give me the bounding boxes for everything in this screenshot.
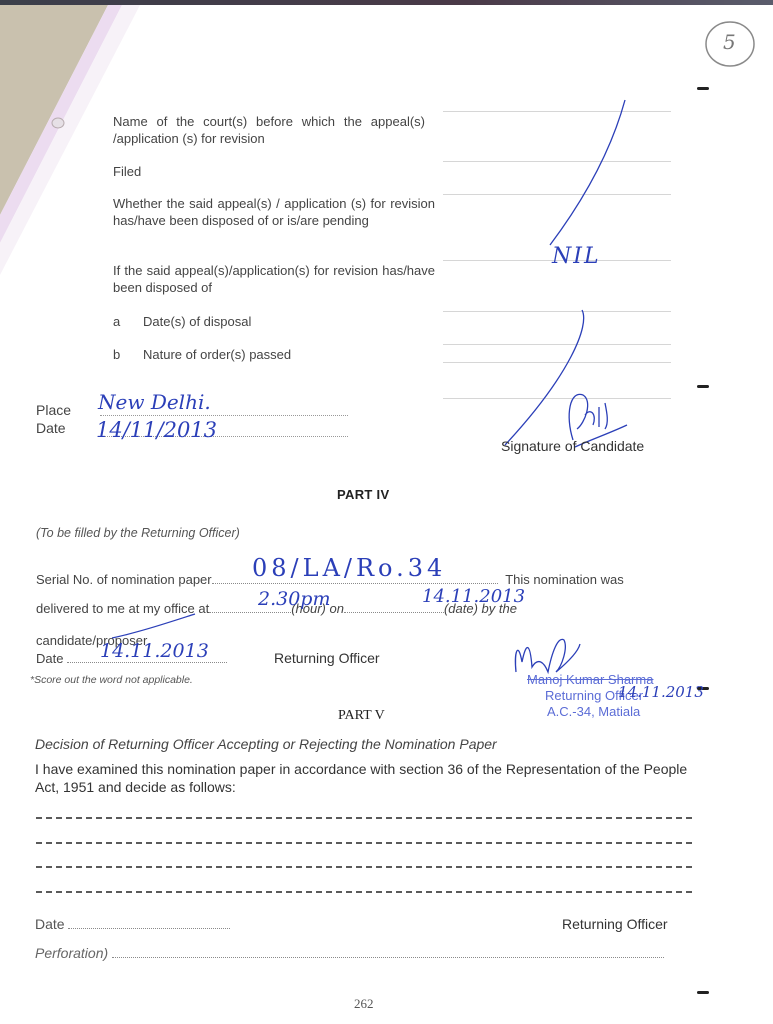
question-if-disposed: If the said appeal(s)/application(s) for… (113, 262, 435, 296)
stamp-constituency: A.C.-34, Matiala (527, 704, 687, 720)
margin-tick (697, 87, 709, 90)
question-filed: Filed (113, 163, 141, 180)
margin-tick (697, 385, 709, 388)
decision-line[interactable] (36, 891, 692, 893)
footnote: *Score out the word not applicable. (30, 672, 193, 689)
ro-date-value: 14.11.2013 (100, 640, 209, 662)
place-value: New Delhi. (98, 390, 211, 414)
place-dotted-line (100, 415, 348, 416)
date-dotted-line (344, 612, 444, 613)
margin-tick (697, 991, 709, 994)
hour-dotted-line (209, 612, 291, 613)
handwritten-nil: NIL (552, 244, 601, 269)
serial-dotted-line (212, 583, 498, 584)
part4-subtitle: (To be filled by the Returning Officer) (36, 525, 240, 542)
perforation-row: Perforation) (35, 945, 664, 962)
proposer-strike (110, 612, 200, 642)
sub-item-a: aDate(s) of disposal (113, 313, 251, 330)
serial-value: 08/LA/Ro.34 (252, 554, 446, 582)
part5-subtitle: Decision of Returning Officer Accepting … (35, 736, 497, 753)
signature-label: Signature of Candidate (501, 438, 644, 455)
perforation-label: Perforation) (35, 945, 108, 961)
perforation-dotted-line (112, 957, 664, 958)
serial-label: Serial No. of nomination paper (36, 572, 212, 587)
date-label: Date (36, 420, 66, 437)
hour-value: 2.30pm (258, 588, 330, 610)
decision-line[interactable] (36, 842, 692, 844)
question-disposed-or-pending: Whether the said appeal(s) / application… (113, 195, 435, 229)
place-label: Place (36, 402, 71, 419)
page-marker-circle: 5 (704, 18, 756, 70)
delivered-date-value: 14.11.2013 (422, 586, 525, 607)
ro-date-label: Date (36, 651, 63, 666)
date-value: 14/11/2013 (96, 418, 217, 442)
ro-label: Returning Officer (274, 650, 380, 667)
part5-body: I have examined this nomination paper in… (35, 760, 705, 796)
sub-item-marker: b (113, 346, 143, 363)
part5-date-row: Date (35, 916, 230, 933)
page-marker-text: 5 (723, 30, 736, 54)
decision-line[interactable] (36, 817, 692, 819)
sub-item-marker: a (113, 313, 143, 330)
decision-line[interactable] (36, 866, 692, 868)
part5-ro-label: Returning Officer (562, 916, 668, 933)
page-fold-edge (0, 5, 773, 1024)
serial-tail: This nomination was (505, 572, 624, 587)
stamp-handwritten-date: 14.11.2013 (618, 683, 704, 701)
part5-title: PART V (338, 708, 385, 724)
question-court-name: Name of the court(s) before which the ap… (113, 113, 425, 147)
sub-item-b: bNature of order(s) passed (113, 346, 291, 363)
ro-date-dotted-line (67, 662, 227, 663)
sub-item-label: Nature of order(s) passed (143, 347, 291, 362)
part4-title: PART IV (337, 487, 389, 502)
page-number: 262 (354, 996, 374, 1012)
sub-item-label: Date(s) of disposal (143, 314, 251, 329)
part5-date-label: Date (35, 916, 65, 932)
part5-date-dotted-line[interactable] (68, 928, 230, 929)
